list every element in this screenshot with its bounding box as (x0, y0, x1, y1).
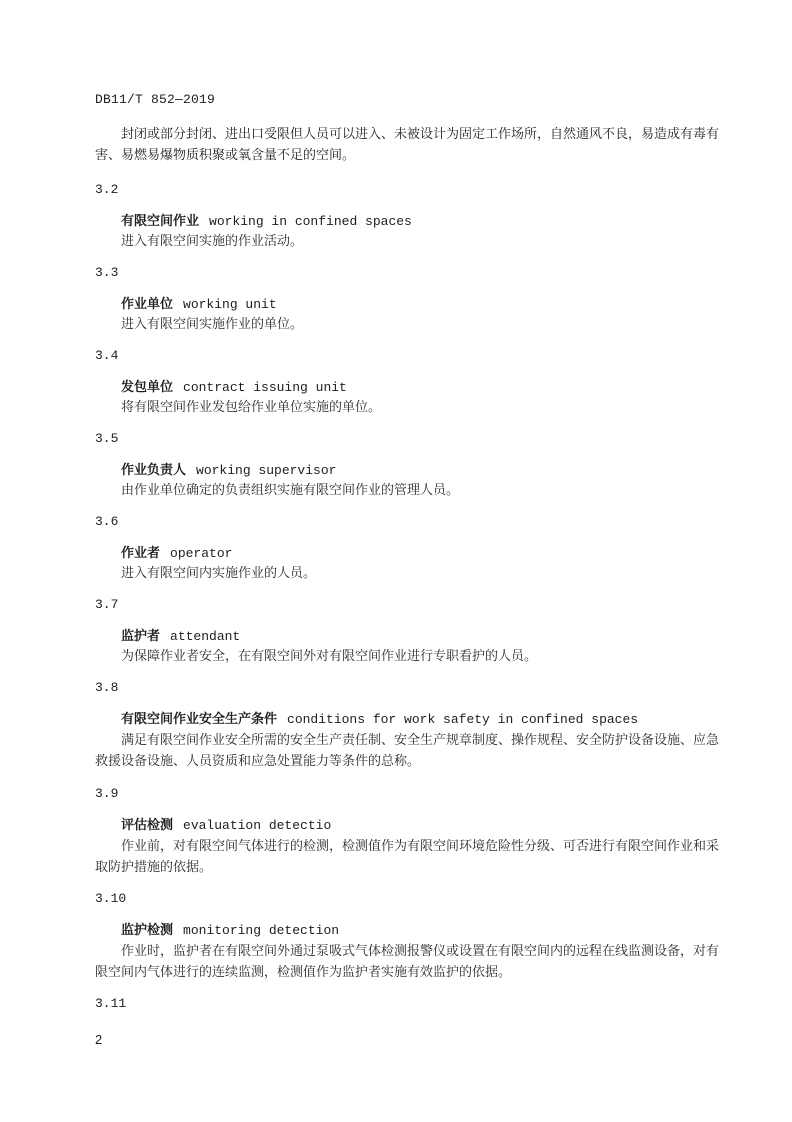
section-number: 3.8 (95, 680, 118, 695)
term-zh: 有限空间作业 (121, 214, 199, 229)
term-en: conditions for work safety in confined s… (287, 712, 638, 727)
section-number: 3.4 (95, 348, 118, 363)
term-heading: 有限空间作业working in confined spaces (121, 212, 412, 232)
section-number: 3.5 (95, 431, 118, 446)
term-heading: 评估检测evaluation detectio (121, 816, 331, 836)
term-zh: 作业者 (121, 546, 160, 561)
term-definition: 作业时，监护者在有限空间外通过泵吸式气体检测报警仪或设置在有限空间内的远程在线监… (95, 941, 725, 983)
section-number: 3.6 (95, 514, 118, 529)
term-heading: 有限空间作业安全生产条件conditions for work safety i… (121, 710, 638, 730)
term-heading: 发包单位contract issuing unit (121, 378, 347, 398)
term-zh: 评估检测 (121, 818, 173, 833)
term-definition: 进入有限空间实施的作业活动。 (121, 232, 303, 252)
term-definition: 将有限空间作业发包给作业单位实施的单位。 (121, 398, 381, 418)
term-definition: 为保障作业者安全，在有限空间外对有限空间作业进行专职看护的人员。 (121, 647, 537, 667)
term-zh: 有限空间作业安全生产条件 (121, 712, 277, 727)
term-en: operator (170, 546, 232, 561)
term-zh: 作业负责人 (121, 463, 186, 478)
term-definition: 进入有限空间实施作业的单位。 (121, 315, 303, 335)
term-en: working unit (183, 297, 277, 312)
term-heading: 作业负责人working supervisor (121, 461, 336, 481)
document-code-header: DB11/T 852—2019 (95, 92, 215, 107)
term-en: evaluation detectio (183, 818, 331, 833)
term-definition: 由作业单位确定的负责组织实施有限空间作业的管理人员。 (121, 481, 459, 501)
term-en: attendant (170, 629, 240, 644)
term-heading: 监护检测monitoring detection (121, 921, 339, 941)
term-definition: 作业前，对有限空间气体进行的检测，检测值作为有限空间环境危险性分级、可否进行有限… (95, 836, 725, 878)
term-heading: 作业者operator (121, 544, 232, 564)
section-number: 3.3 (95, 265, 118, 280)
term-zh: 监护检测 (121, 923, 173, 938)
intro-paragraph: 封闭或部分封闭、进出口受限但人员可以进入、未被设计为固定工作场所，自然通风不良，… (95, 124, 725, 166)
term-heading: 作业单位working unit (121, 295, 277, 315)
section-number: 3.2 (95, 182, 118, 197)
term-zh: 监护者 (121, 629, 160, 644)
page-number: 2 (95, 1032, 102, 1047)
term-definition: 满足有限空间作业安全所需的安全生产责任制、安全生产规章制度、操作规程、安全防护设… (95, 730, 725, 772)
section-number: 3.11 (95, 996, 126, 1011)
section-number: 3.7 (95, 597, 118, 612)
section-number: 3.10 (95, 891, 126, 906)
term-heading: 监护者attendant (121, 627, 240, 647)
term-zh: 作业单位 (121, 297, 173, 312)
term-en: contract issuing unit (183, 380, 347, 395)
term-zh: 发包单位 (121, 380, 173, 395)
term-en: working supervisor (196, 463, 336, 478)
section-number: 3.9 (95, 786, 118, 801)
term-en: monitoring detection (183, 923, 339, 938)
term-en: working in confined spaces (209, 214, 412, 229)
term-definition: 进入有限空间内实施作业的人员。 (121, 564, 316, 584)
